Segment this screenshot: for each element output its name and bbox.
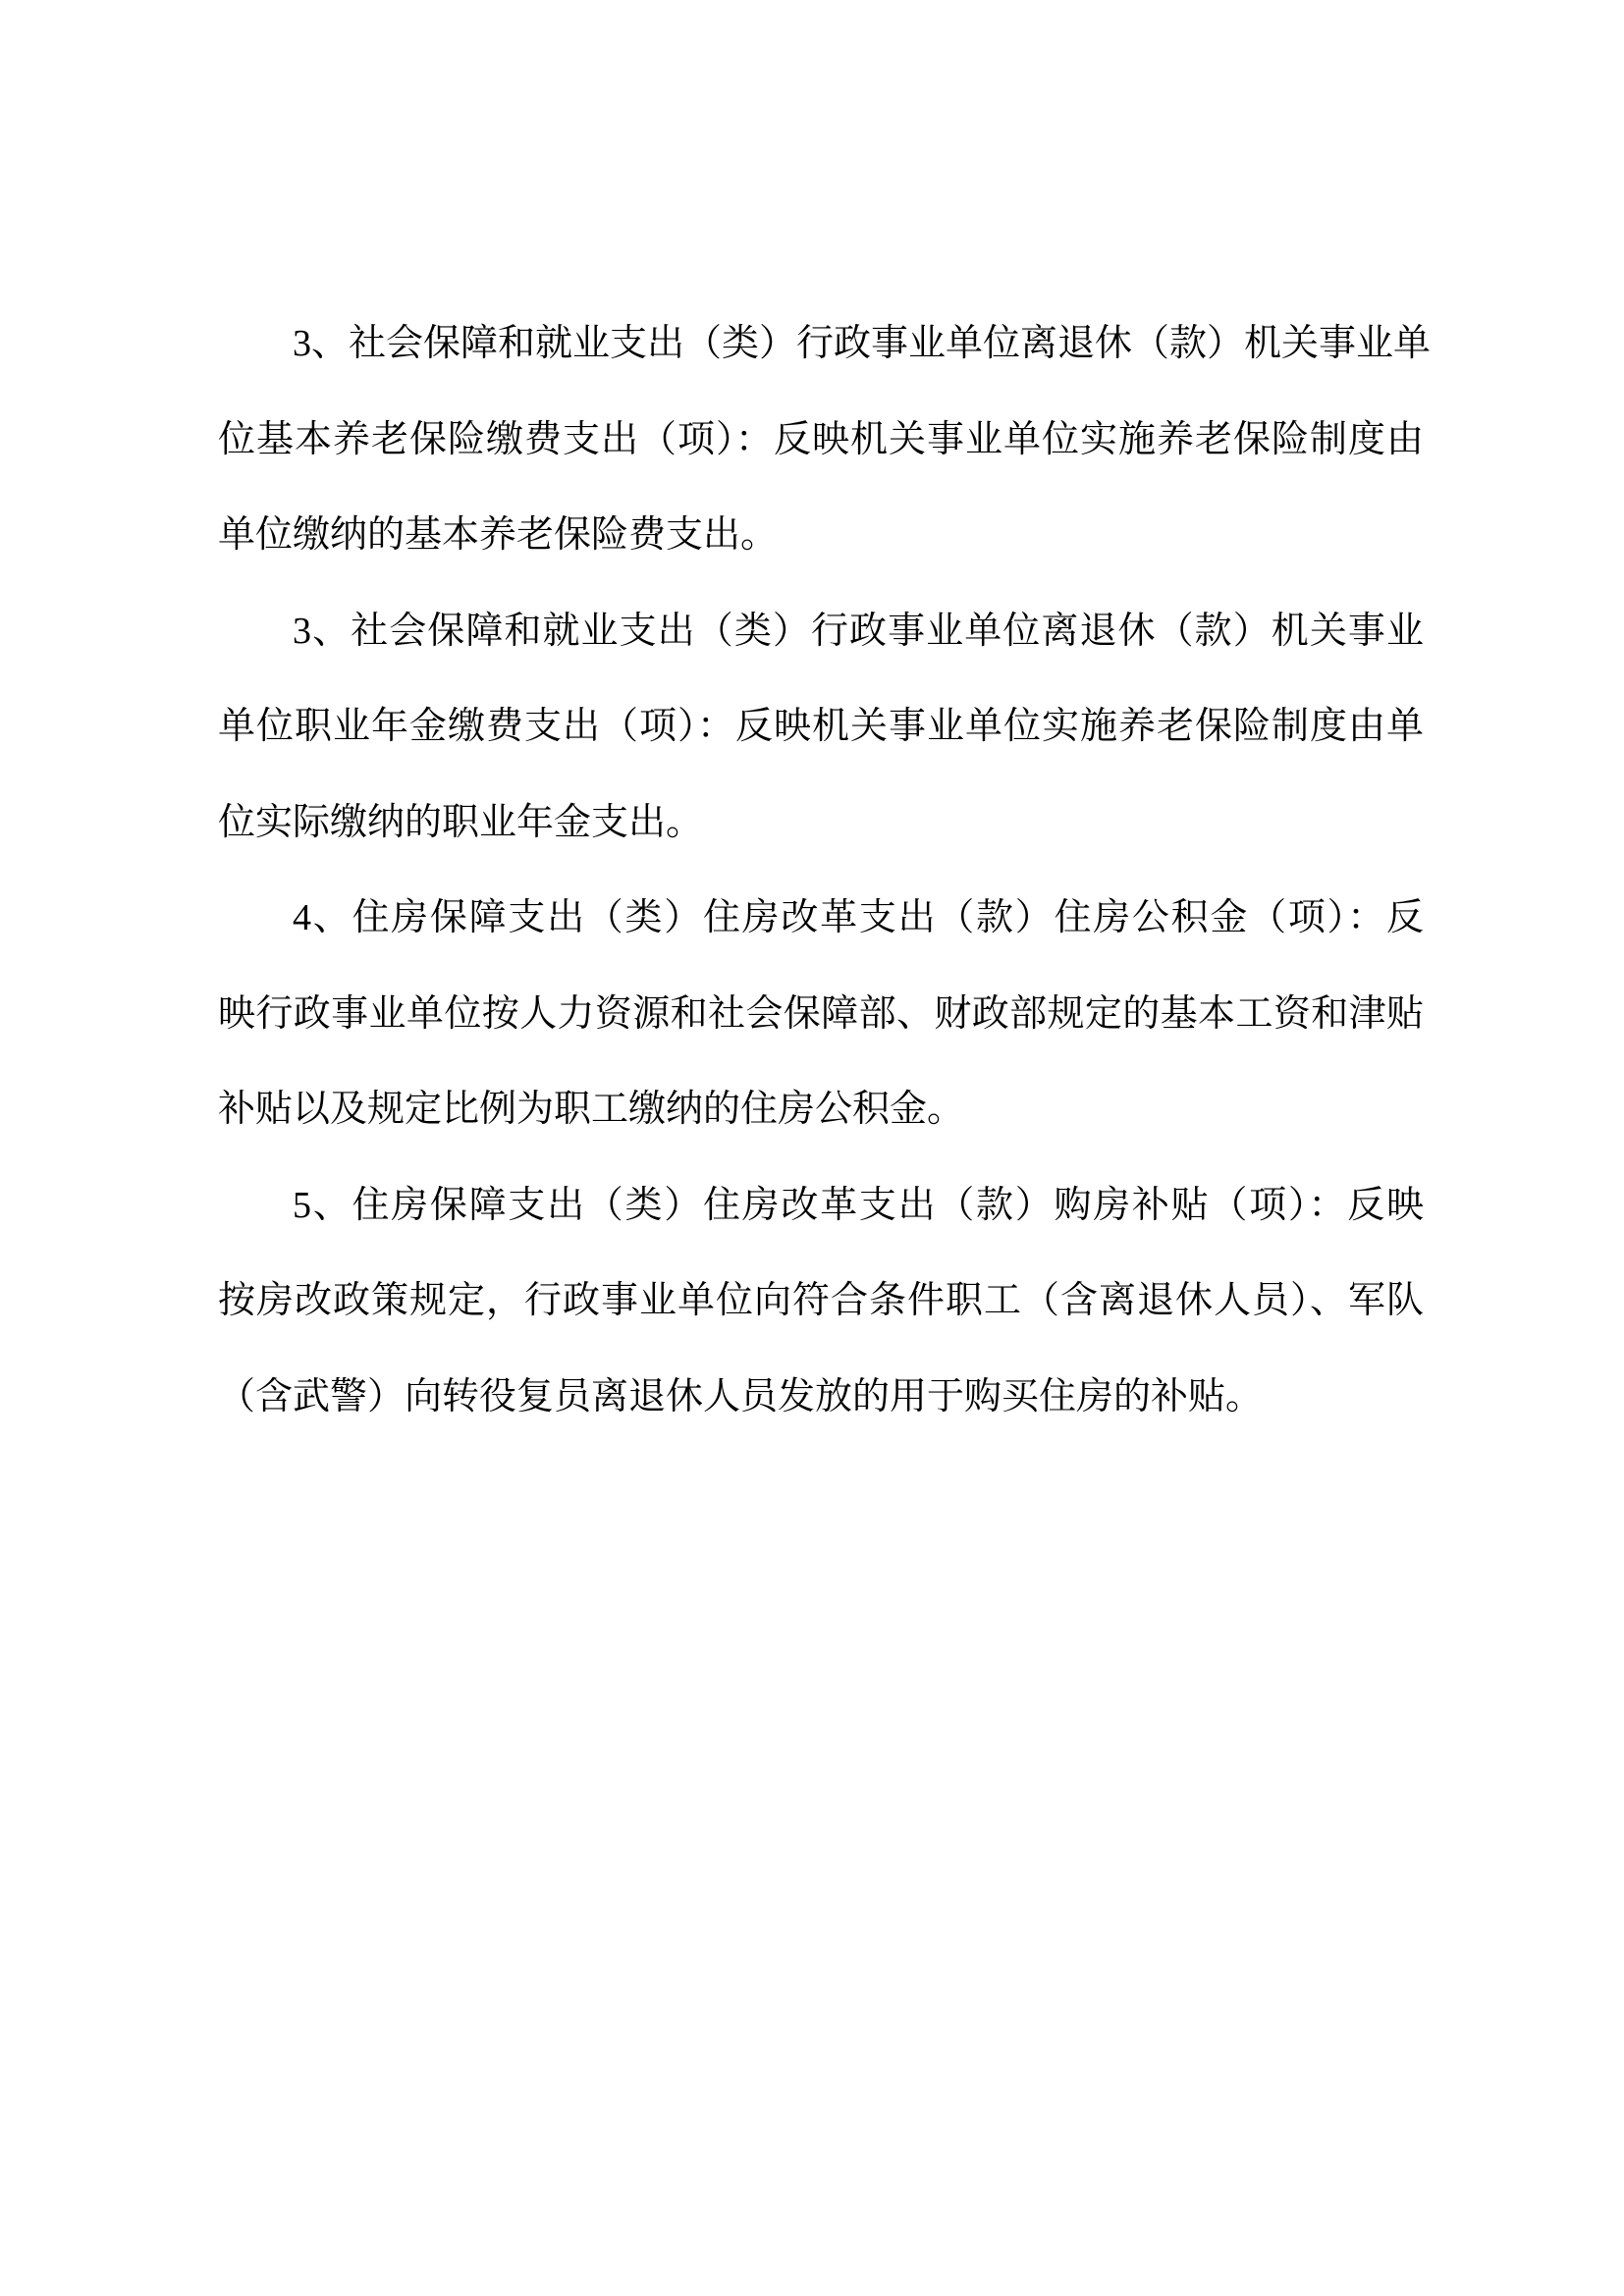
text-line: 按房改政策规定，行政事业单位向符合条件职工（含离退休人员）、军队: [218, 1254, 1424, 1350]
paragraph-annuity-contribution: 3、社会保障和就业支出（类）行政事业单位离退休（款）机关事业 单位职业年金缴费支…: [218, 584, 1424, 872]
text-line: 映行政事业单位按人力资源和社会保障部、财政部规定的基本工资和津贴: [218, 967, 1424, 1063]
text-line: 位实际缴纳的职业年金支出。: [218, 775, 1424, 872]
text-line: 补贴以及规定比例为职工缴纳的住房公积金。: [218, 1062, 1424, 1158]
document-page: 3、社会保障和就业支出（类）行政事业单位离退休（款）机关事业单 位基本养老保险缴…: [0, 0, 1624, 2296]
text-line: 3、社会保障和就业支出（类）行政事业单位离退休（款）机关事业: [218, 584, 1424, 680]
text-line: 5、住房保障支出（类）住房改革支出（款）购房补贴（项）：反映: [218, 1158, 1424, 1255]
paragraph-pension-contribution: 3、社会保障和就业支出（类）行政事业单位离退休（款）机关事业单 位基本养老保险缴…: [218, 296, 1424, 584]
paragraph-housing-fund: 4、住房保障支出（类）住房改革支出（款）住房公积金（项）：反 映行政事业单位按人…: [218, 871, 1424, 1158]
text-content: 3、社会保障和就业支出（类）行政事业单位离退休（款）机关事业单 位基本养老保险缴…: [218, 296, 1424, 1445]
text-line: 单位职业年金缴费支出（项）：反映机关事业单位实施养老保险制度由单: [218, 679, 1424, 775]
text-line: 单位缴纳的基本养老保险费支出。: [218, 488, 1424, 584]
paragraph-housing-subsidy: 5、住房保障支出（类）住房改革支出（款）购房补贴（项）：反映 按房改政策规定，行…: [218, 1158, 1424, 1446]
text-line: 位基本养老保险缴费支出（项）：反映机关事业单位实施养老保险制度由: [218, 393, 1424, 489]
text-line: 4、住房保障支出（类）住房改革支出（款）住房公积金（项）：反: [218, 871, 1424, 967]
text-line: （含武警）向转役复员离退休人员发放的用于购买住房的补贴。: [218, 1350, 1424, 1446]
text-line: 3、社会保障和就业支出（类）行政事业单位离退休（款）机关事业单: [218, 296, 1424, 393]
